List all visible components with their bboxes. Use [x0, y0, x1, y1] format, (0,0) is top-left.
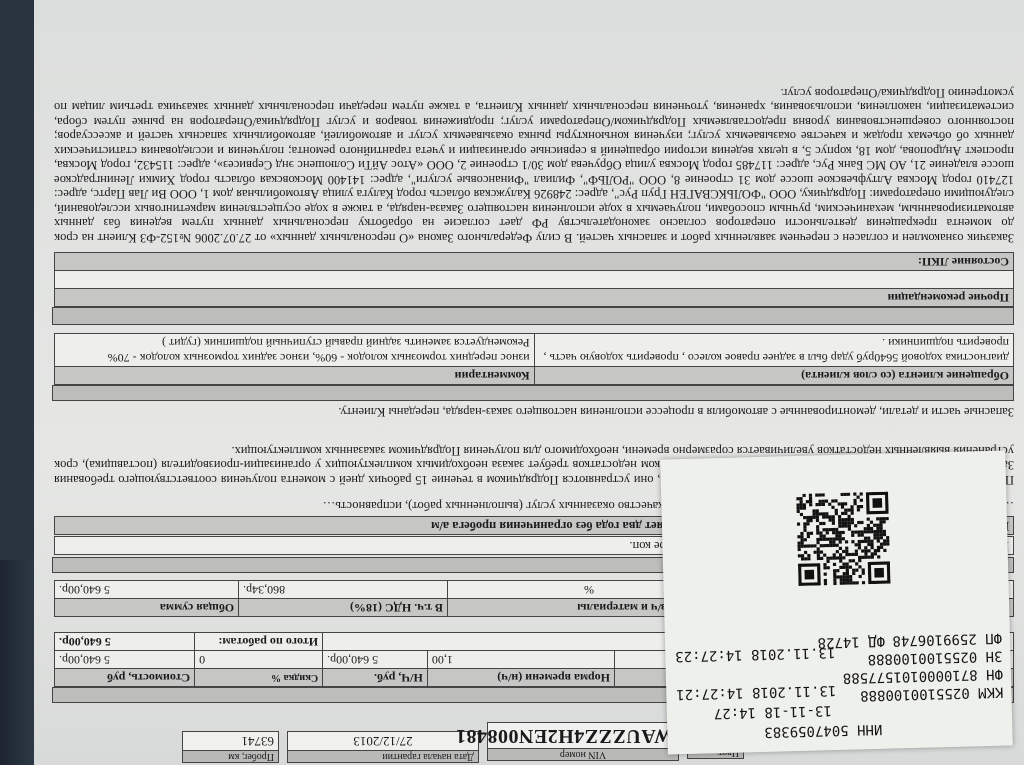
- vin-cell: VIN номер WAUZZZ4H2EN008481: [487, 722, 679, 761]
- photo-rotated-180: Пробег, км 63741 Дата начала гарантии 27…: [0, 0, 1024, 765]
- consent-paragraph: Заказчик ознакомлен и согласен с перечне…: [54, 86, 1014, 246]
- warranty-start-cell: Дата начала гарантии 27/12/2013: [287, 731, 479, 763]
- comments-table: Обращение клиента (со слов клиента) Комм…: [54, 333, 1014, 385]
- qr-code-icon: [796, 492, 890, 586]
- mileage-cell: Пробег, км 63741: [182, 731, 279, 763]
- section-band: [52, 307, 1014, 325]
- cash-receipt: ИНН 5047059383 13-11-18 14:27 ККМ 025510…: [660, 451, 1013, 755]
- other-recommendations-table: Прочие рекомендации Состояние ЛКП:: [54, 252, 1014, 307]
- parts-transfer-paragraph: Запасные части и детали, демонтированные…: [54, 405, 1014, 420]
- section-band: [52, 385, 1014, 401]
